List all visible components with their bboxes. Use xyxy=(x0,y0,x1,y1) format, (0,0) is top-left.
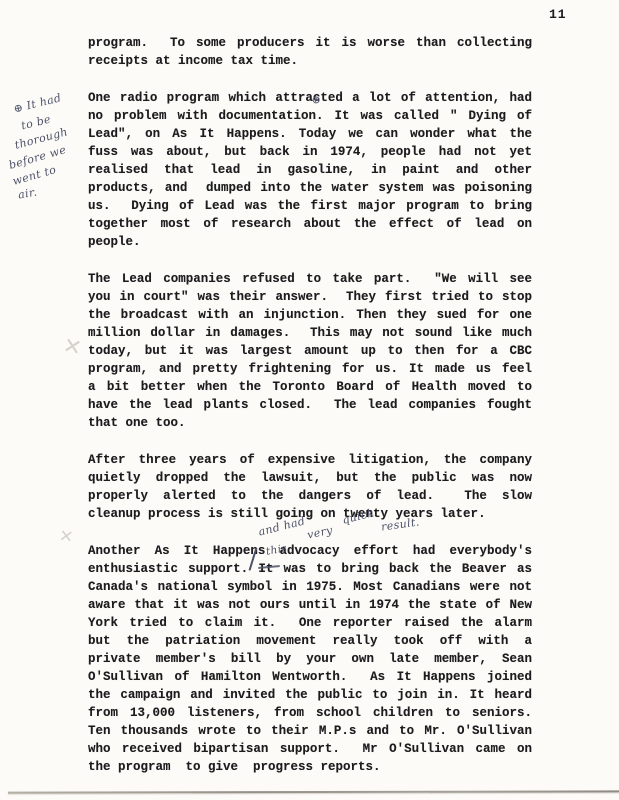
handwritten-margin-note: ⊕ It had to be thorough before we went t… xyxy=(4,96,96,208)
typed-text-line: The Lead companies refused to take part.… xyxy=(88,270,532,288)
paragraph: Another As It Happens advocacy effort ha… xyxy=(88,542,532,776)
margin-note-line: to be xyxy=(20,114,52,132)
typed-text-line: no problem with documentation. It was ca… xyxy=(88,107,532,125)
typed-text-line: have the lead plants closed. The lead co… xyxy=(88,396,532,414)
typed-text-line: properly alerted to the dangers of lead.… xyxy=(88,487,532,505)
typed-text-line: enthusiastic support. It was to bring ba… xyxy=(88,560,532,578)
typed-text-line: today, but it was largest amount up to t… xyxy=(88,342,532,360)
typed-text-line: After three years of expensive litigatio… xyxy=(88,451,532,469)
pencil-x-mark-icon: ✕ xyxy=(61,333,84,361)
typed-text-line: million dollar in damages. This may not … xyxy=(88,324,532,342)
typed-text-line: the program to give progress reports. xyxy=(88,758,532,776)
typed-text-line: us. Dying of Lead was the first major pr… xyxy=(88,197,532,215)
typed-text-line: products, and dumped into the water syst… xyxy=(88,179,532,197)
typed-text-line: that one too. xyxy=(88,414,532,432)
typed-text-line: cleanup process is still going on twenty… xyxy=(88,505,532,523)
typed-text-line: private member's bill by your own late m… xyxy=(88,650,532,668)
typed-text-line: aware that it was not ours until in 1974… xyxy=(88,596,532,614)
typed-text-line: Lead", on As It Happens. Today we can wo… xyxy=(88,125,532,143)
typed-text-line: receipts at income tax time. xyxy=(88,52,532,70)
margin-note-line: air. xyxy=(17,186,38,200)
typed-text-line: realised that lead in gasoline, in paint… xyxy=(88,161,532,179)
typed-text-line: fuss was about, but back in 1974, people… xyxy=(88,143,532,161)
typed-text-line: but the patriation movement really took … xyxy=(88,632,532,650)
paragraph: After three years of expensive litigatio… xyxy=(88,451,532,523)
text-block: program. To some producers it is worse t… xyxy=(88,34,532,795)
paragraph: program. To some producers it is worse t… xyxy=(88,34,532,70)
paragraph: One radio program which attracted a lot … xyxy=(88,89,532,251)
typed-text-line: Canada's national symbol in 1975. Most C… xyxy=(88,578,532,596)
paragraph: The Lead companies refused to take part.… xyxy=(88,270,532,432)
page-number: 11 xyxy=(549,7,567,22)
typed-text-line: program. To some producers it is worse t… xyxy=(88,34,532,52)
typed-text-line: you in court" was their answer. They fir… xyxy=(88,288,532,306)
typed-text-line: Another As It Happens advocacy effort ha… xyxy=(88,542,532,560)
scanned-document-page: 11 program. To some producers it is wors… xyxy=(0,0,619,800)
typed-text-line: York tried to claim it. One reporter rai… xyxy=(88,614,532,632)
typed-text-line: people. xyxy=(88,233,532,251)
typed-text-line: the broadcast with an injunction. Then t… xyxy=(88,306,532,324)
typed-text-line: O'Sullivan of Hamilton Wentworth. As It … xyxy=(88,668,532,686)
typed-text-line: quietly dropped the lawsuit, but the pub… xyxy=(88,469,532,487)
typed-text-line: the campaign and invited the public to j… xyxy=(88,686,532,704)
typed-text-line: program, and pretty frightening for us. … xyxy=(88,360,532,378)
typed-text-line: who received bipartisan support. Mr O'Su… xyxy=(88,740,532,758)
typed-text-line: from 13,000 listeners, from school child… xyxy=(88,704,532,722)
typed-text-line: together most of research about the effe… xyxy=(88,215,532,233)
pencil-x-mark-icon: ✕ xyxy=(58,526,75,548)
typed-text-line: a bit better when the Toronto Board of H… xyxy=(88,378,532,396)
margin-note-line: ⊕ It had xyxy=(12,92,62,114)
typed-text-line: Ten thousands wrote to their M.P.s and t… xyxy=(88,722,532,740)
